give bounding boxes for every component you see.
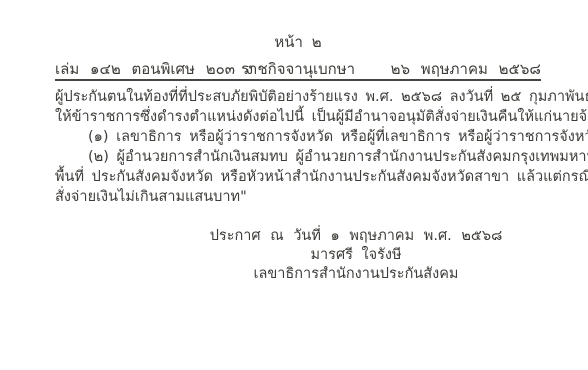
body-item-1: (๑) เลขาธิการ หรือผู้ว่าราชการจังหวัด หร… — [55, 127, 575, 147]
gazette-page: หน้า ๒ เล่ม ๑๔๒ ตอนพิเศษ ๒๐๓ ง ราชกิจจาน… — [0, 0, 588, 370]
masthead: เล่ม ๑๔๒ ตอนพิเศษ ๒๐๓ ง ราชกิจจานุเบกษา … — [55, 57, 541, 77]
announcement-date-line: ประกาศ ณ วันที่ ๑ พฤษภาคม พ.ศ. ๒๕๖๘ — [170, 226, 542, 246]
page-number-label: หน้า ๒ — [55, 30, 541, 54]
signer-name: มารศรี ใจรังษี — [170, 246, 542, 265]
signer-title: เลขาธิการสำนักงานประกันสังคม — [170, 265, 542, 284]
signature-block: ประกาศ ณ วันที่ ๑ พฤษภาคม พ.ศ. ๒๕๖๘ มารศ… — [170, 226, 542, 284]
body-item-2-line-2: พื้นที่ ประกันสังคมจังหวัด หรือหัวหน้าสำ… — [55, 167, 542, 187]
header-divider-rule — [55, 79, 541, 81]
body-item-2-line-1: (๒) ผู้อำนวยการสำนักเงินสมทบ ผู้อำนวยการ… — [55, 147, 575, 167]
body-item-2-line-3: สั่งจ่ายเงินไม่เกินสามแสนบาท" — [55, 187, 542, 207]
body-line-2: ให้ข้าราชการซึ่งดำรงตำแหน่งดังต่อไปนี้ เ… — [55, 107, 542, 127]
body-line-1: ผู้ประกันตนในท้องที่ที่ประสบภัยพิบัติอย่… — [55, 87, 542, 107]
issue-date: ๒๖ พฤษภาคม ๒๕๖๘ — [391, 57, 541, 81]
